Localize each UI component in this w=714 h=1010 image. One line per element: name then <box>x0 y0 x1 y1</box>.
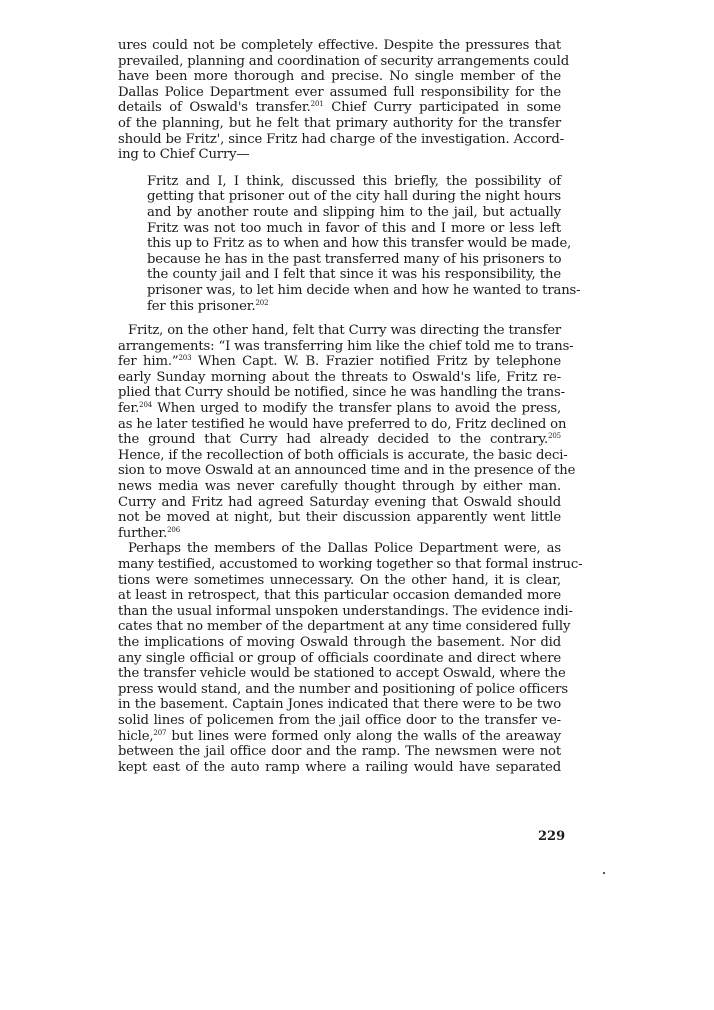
text-line: many testified, accustomed to working to… <box>118 557 561 573</box>
text-line: between the jail office door and the ram… <box>118 744 561 760</box>
text-line: details of Oswald's transfer.201 Chief C… <box>118 100 561 116</box>
text-line: as he later testified he would have pref… <box>118 417 561 433</box>
paragraph: Fritz, on the other hand, felt that Curr… <box>118 323 561 541</box>
text-line: solid lines of policemen from the jail o… <box>118 713 561 729</box>
text-line: fer this prisoner.202 <box>147 299 561 315</box>
text-line: because he has in the past transferred m… <box>147 252 561 268</box>
text-line: should be Fritz', since Fritz had charge… <box>118 132 561 148</box>
footnote-ref: 204 <box>139 401 152 409</box>
text-line: this up to Fritz as to when and how this… <box>147 236 561 252</box>
text-line: Perhaps the members of the Dallas Police… <box>118 541 561 557</box>
text-line: plied that Curry should be notified, sin… <box>118 385 561 401</box>
text-line: ing to Chief Curry— <box>118 147 561 163</box>
paragraph: Perhaps the members of the Dallas Police… <box>118 541 561 775</box>
block-quote: Fritz and I, I think, discussed this bri… <box>147 174 561 314</box>
text-line: not be moved at night, but their discuss… <box>118 510 561 526</box>
text-line: Fritz was not too much in favor of this … <box>147 221 561 237</box>
footnote-ref: 203 <box>178 354 191 362</box>
text-line: early Sunday morning about the threats t… <box>118 370 561 386</box>
text-line: Dallas Police Department ever assumed fu… <box>118 85 561 101</box>
text-line: cates that no member of the department a… <box>118 619 561 635</box>
footnote-ref: 202 <box>255 299 268 307</box>
text-line: Hence, if the recollection of both offic… <box>118 448 561 464</box>
text-line: have been more thorough and precise. No … <box>118 69 561 85</box>
text-line: further.206 <box>118 526 561 542</box>
text-line: prevailed, planning and coordination of … <box>118 54 561 70</box>
text-line: fer him.”203 When Capt. W. B. Frazier no… <box>118 354 561 370</box>
text-line: press would stand, and the number and po… <box>118 682 561 698</box>
text-line: the implications of moving Oswald throug… <box>118 635 561 651</box>
text-line: arrangements: “I was transferring him li… <box>118 339 561 355</box>
text-line: fer.204 When urged to modify the transfe… <box>118 401 561 417</box>
text-line: in the basement. Captain Jones indicated… <box>118 697 561 713</box>
text-line: any single official or group of official… <box>118 651 561 667</box>
text-line: getting that prisoner out of the city ha… <box>147 189 561 205</box>
text-line: prisoner was, to let him decide when and… <box>147 283 561 299</box>
text-line: ures could not be completely effective. … <box>118 38 561 54</box>
text-line: of the planning, but he felt that primar… <box>118 116 561 132</box>
text-line: Fritz, on the other hand, felt that Curr… <box>118 323 561 339</box>
text-line: Curry and Fritz had agreed Saturday even… <box>118 495 561 511</box>
footnote-ref: 201 <box>311 100 324 108</box>
footnote-ref: 205 <box>548 432 561 440</box>
text-line: than the usual informal unspoken underst… <box>118 604 561 620</box>
scan-speck <box>603 872 605 874</box>
text-line: hicle,207 but lines were formed only alo… <box>118 729 561 745</box>
text-line: the ground that Curry had already decide… <box>118 432 561 448</box>
page-number: 229 <box>538 829 565 844</box>
text-line: at least in retrospect, that this partic… <box>118 588 561 604</box>
paragraph: ures could not be completely effective. … <box>118 38 561 163</box>
text-line: sion to move Oswald at an announced time… <box>118 463 561 479</box>
text-line: and by another route and slipping him to… <box>147 205 561 221</box>
text-line: tions were sometimes unnecessary. On the… <box>118 573 561 589</box>
text-line: kept east of the auto ramp where a raili… <box>118 760 561 776</box>
footnote-ref: 207 <box>153 729 166 737</box>
text-line: news media was never carefully thought t… <box>118 479 561 495</box>
text-line: the county jail and I felt that since it… <box>147 267 561 283</box>
document-page: ures could not be completely effective. … <box>118 38 561 775</box>
text-line: Fritz and I, I think, discussed this bri… <box>147 174 561 190</box>
footnote-ref: 206 <box>167 526 180 534</box>
text-line: the transfer vehicle would be stationed … <box>118 666 561 682</box>
